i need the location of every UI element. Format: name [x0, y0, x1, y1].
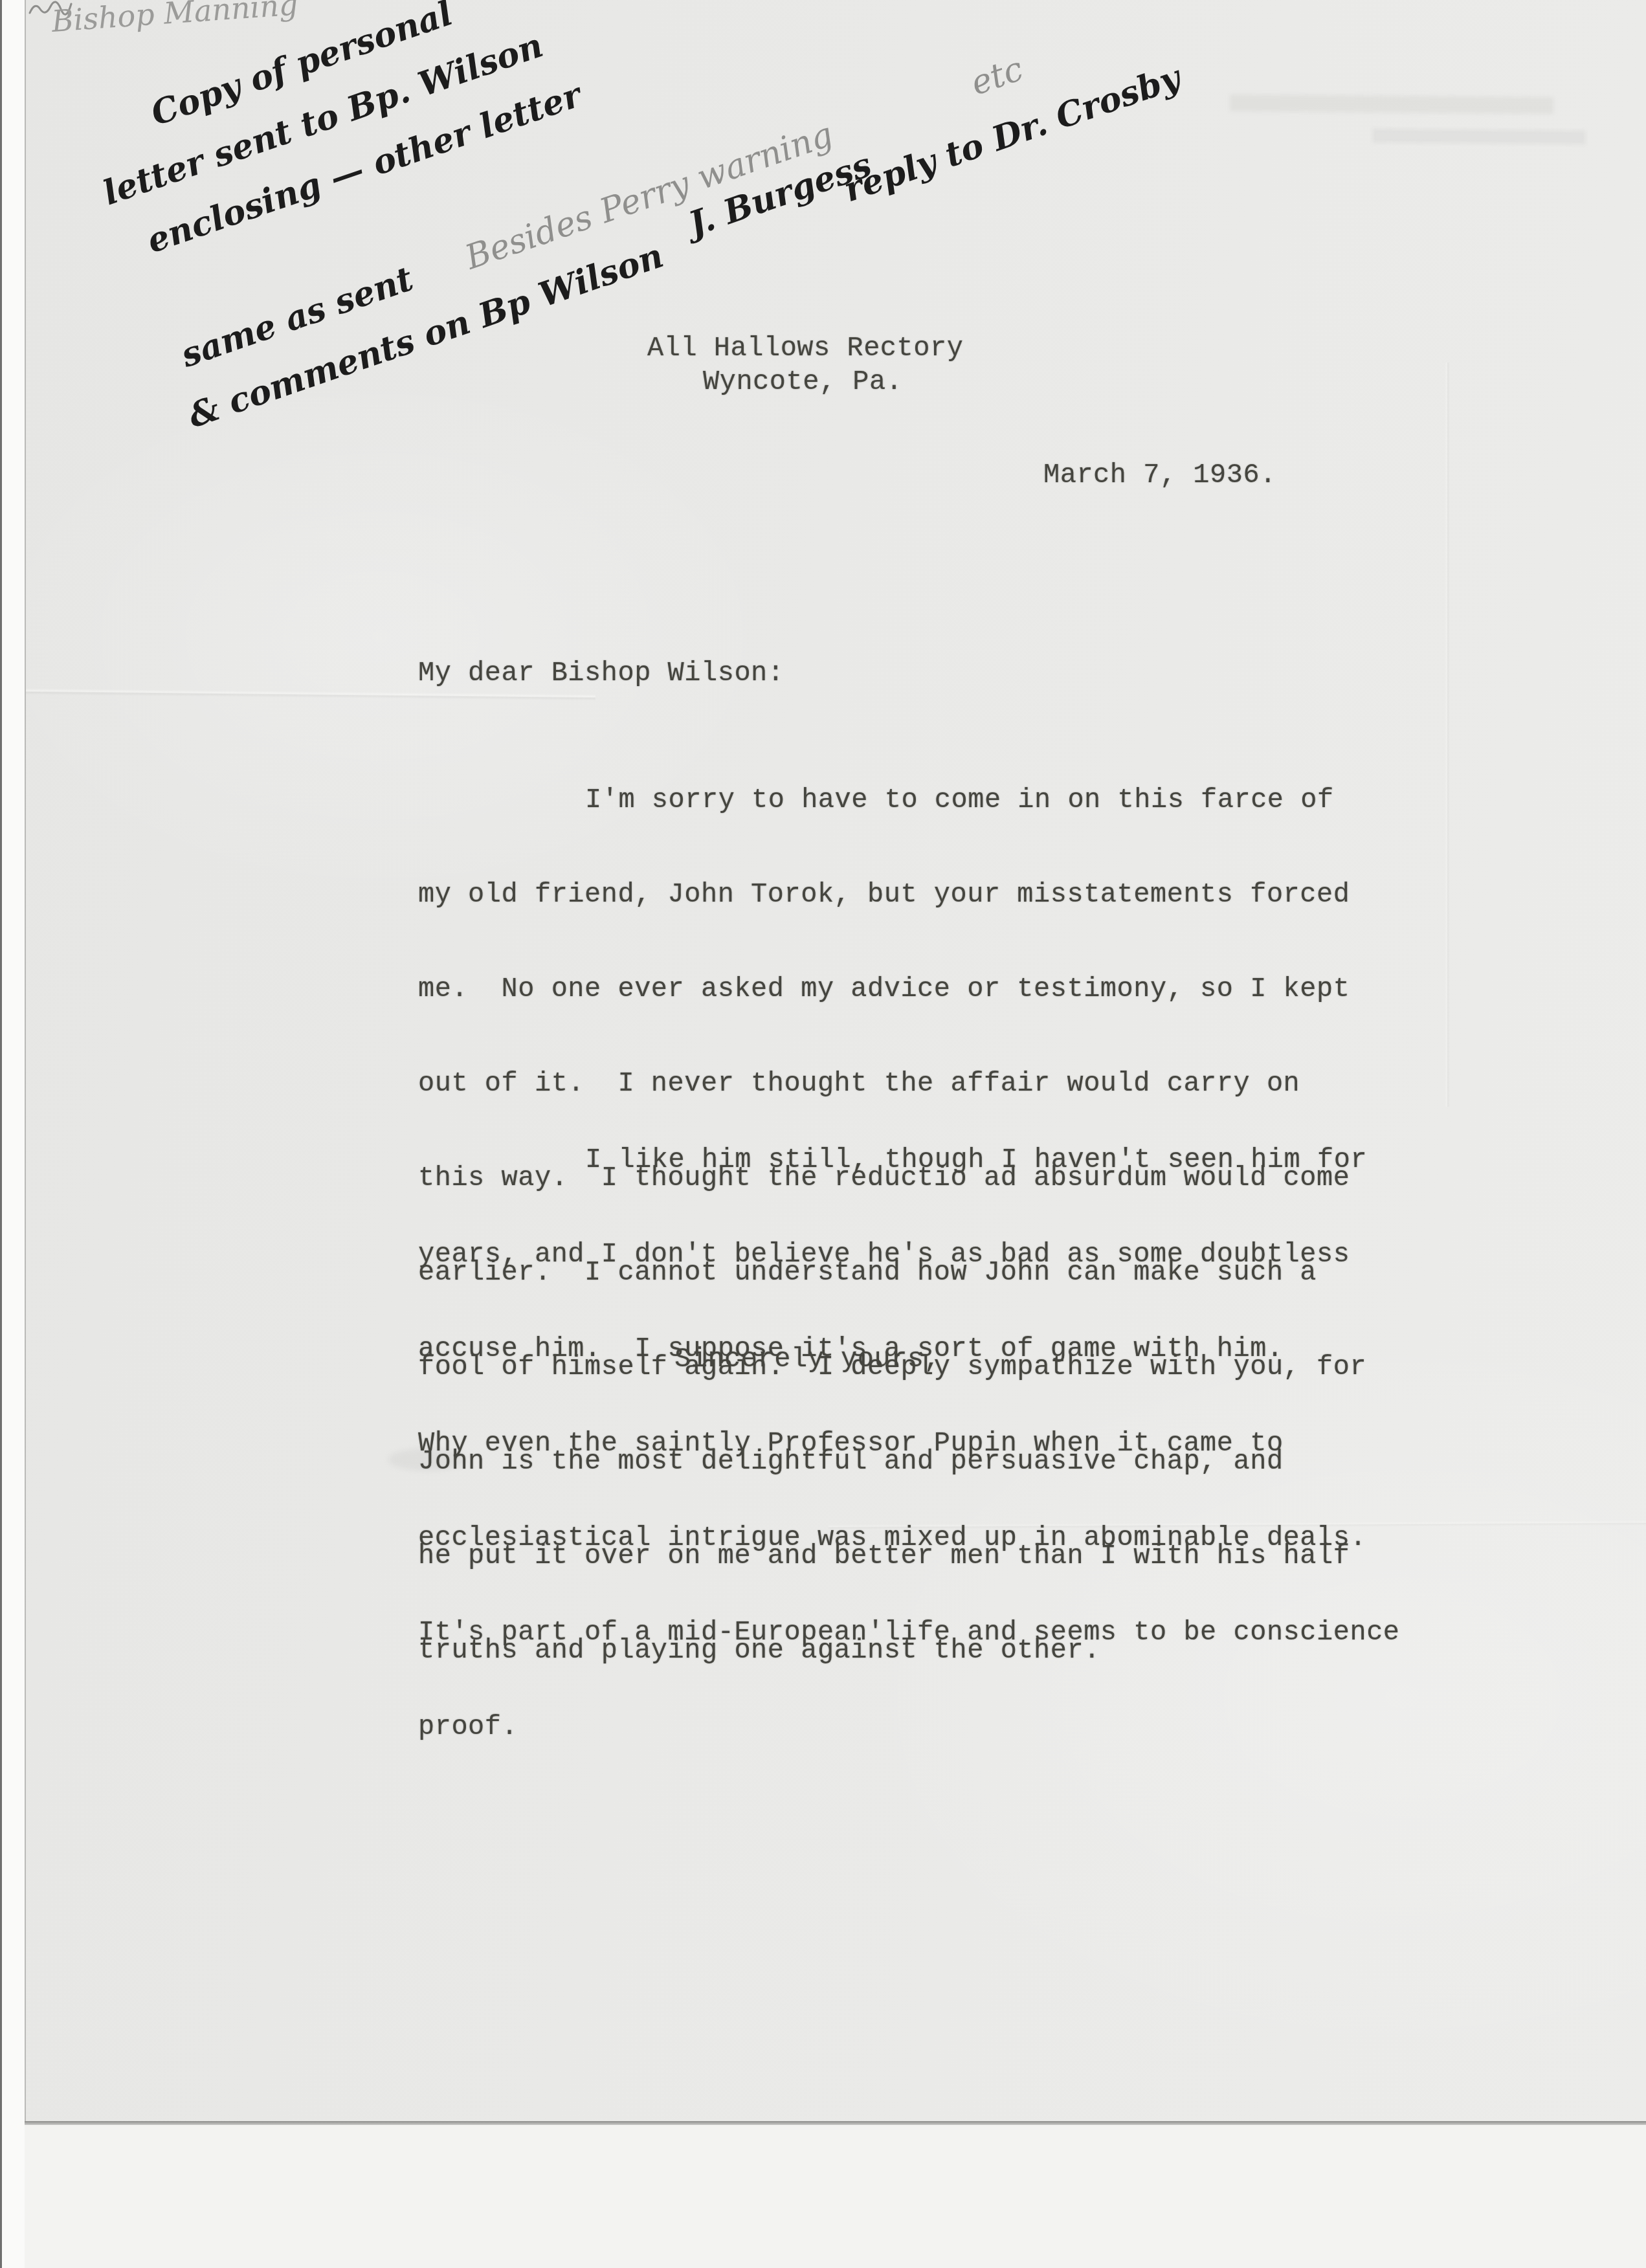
ink-bleed-ghost	[1230, 94, 1553, 114]
body-line: I'm sorry to have to come in on this far…	[418, 784, 1366, 816]
body-line: It's part of a mid-European'life and see…	[418, 1616, 1400, 1649]
body-line: years, and I don't believe he's as bad a…	[418, 1238, 1400, 1271]
scanned-letter-page: { "document": { "pencil_note": "Bishop M…	[0, 0, 1646, 2268]
body-line: I like him still, though I haven't seen …	[418, 1144, 1400, 1176]
body-line: my old friend, John Torok, but your miss…	[418, 878, 1366, 911]
letterhead-line1: All Hallows Rectory	[647, 333, 963, 364]
body-paragraph-2: I like him still, though I haven't seen …	[418, 1082, 1400, 1774]
letterhead-line2: Wyncote, Pa.	[703, 366, 902, 397]
scanner-bed-strip	[2, 0, 25, 2268]
paper-bottom-shadow	[25, 2121, 1646, 2125]
salutation: My dear Bishop Wilson:	[418, 658, 784, 689]
scanner-edge-line	[0, 0, 2, 2268]
ink-bleed-ghost	[1372, 129, 1586, 145]
body-line: Why even the saintly Professor Pupin whe…	[418, 1427, 1400, 1460]
body-line: ecclesiastical intrigue was mixed up in …	[418, 1522, 1400, 1554]
paper-left-edge	[25, 0, 26, 2121]
body-line: proof.	[418, 1711, 1400, 1743]
paper-crease	[1445, 362, 1450, 1107]
letter-date: March 7, 1936.	[1043, 460, 1276, 491]
body-line: me. No one ever asked my advice or testi…	[418, 973, 1366, 1005]
closing: Sincerely yours,	[674, 1344, 940, 1375]
